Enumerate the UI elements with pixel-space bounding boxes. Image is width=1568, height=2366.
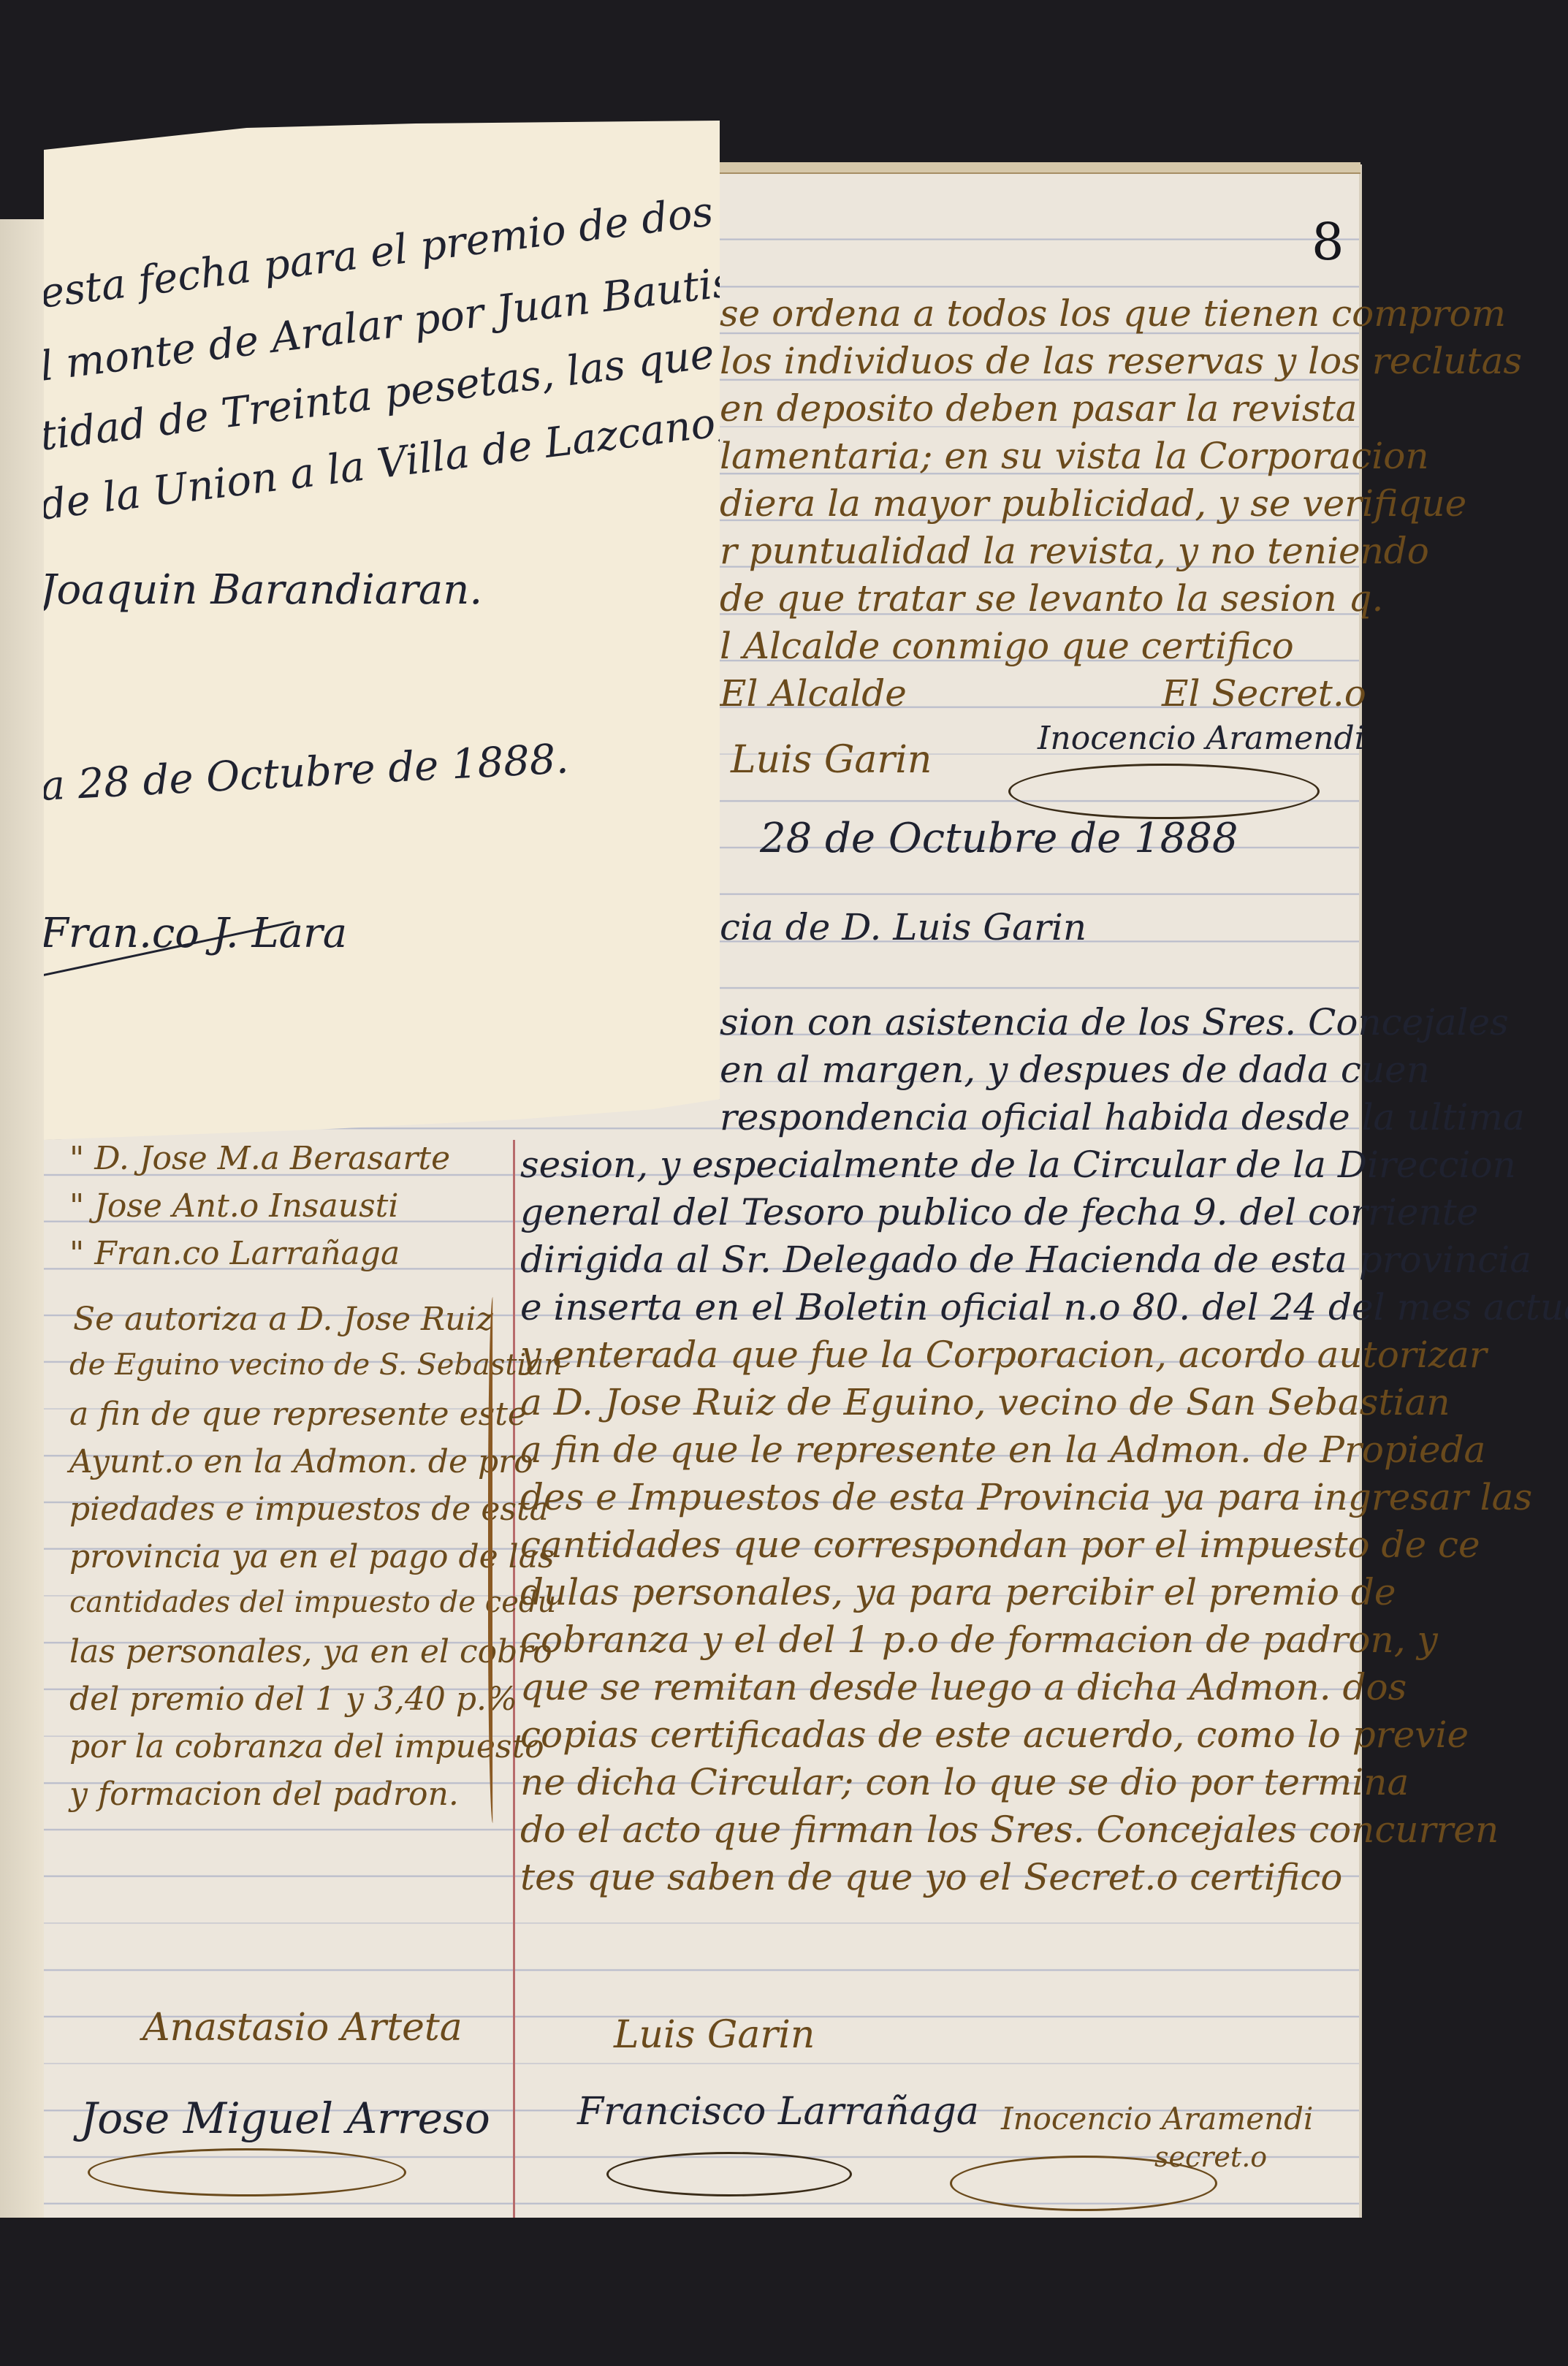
text-line: tes que saben de que yo el Secret.o cert… [520, 1856, 1342, 1898]
summary-line: Ayunt.o en la Admon. de pro [69, 1443, 533, 1480]
text-line: diera la mayor publicidad, y se verifiqu… [720, 482, 1466, 525]
summary-line: del premio del 1 y 3,40 p.% [69, 1681, 517, 1718]
text-line: que se remitan desde luego a dicha Admon… [520, 1666, 1407, 1708]
text-line: dulas personales, ya para percibir el pr… [520, 1571, 1396, 1613]
signature-secretario: Inocencio Aramendi [1038, 720, 1365, 757]
signature-luis: Luis Garin [614, 2013, 815, 2057]
text-line: respondencia oficial habida desde la ult… [720, 1096, 1525, 1138]
session-presidency: cia de D. Luis Garin [720, 906, 1086, 948]
summary-line: y formacion del padron. [69, 1776, 459, 1813]
text-line: des e Impuestos de esta Provincia ya par… [520, 1476, 1532, 1518]
summary-line: Se autoriza a D. Jose Ruiz [73, 1301, 493, 1338]
signature-flourish [88, 2148, 406, 2196]
signature-francisco: Francisco Larrañaga [577, 2090, 979, 2134]
signature-anastasio: Anastasio Arteta [142, 2006, 463, 2050]
note-line: Joaquin Barandiaran. [40, 566, 482, 614]
secretario-label: El Secret.o [1162, 672, 1366, 715]
session-date: 28 de Octubre de 1888 [760, 815, 1238, 862]
text-line: copias certificadas de este acuerdo, com… [520, 1713, 1469, 1756]
summary-line: provincia ya en el pago de las [69, 1538, 555, 1575]
signature-flourish [606, 2152, 852, 2196]
text-line: y enterada que fue la Corporacion, acord… [520, 1334, 1487, 1376]
note-signature: Fran.co J. Lara [40, 910, 347, 957]
text-line: a fin de que le represente en la Admon. … [520, 1429, 1485, 1471]
summary-line: las personales, ya en el cobro [69, 1633, 552, 1670]
left-page-edge [0, 219, 45, 2218]
pasted-note: esta fecha para el premio de dos lobos c… [44, 121, 720, 1140]
summary-line: cantidades del impuesto de cedu [69, 1586, 556, 1619]
summary-line: a fin de que represente este [69, 1396, 527, 1433]
text-line: l Alcalde conmigo que certifico [720, 625, 1294, 667]
margin-bracket [488, 1297, 500, 1823]
margin-rule [513, 1140, 515, 2218]
text-line: cobranza y el del 1 p.o de formacion de … [520, 1618, 1438, 1661]
text-line: lamentaria; en su vista la Corporacion [720, 435, 1429, 477]
text-line: do el acto que firman los Sres. Concejal… [520, 1808, 1499, 1851]
text-line: general del Tesoro publico de fecha 9. d… [520, 1191, 1478, 1233]
signature-flourish [950, 2156, 1217, 2211]
page-number: 8 [1312, 212, 1344, 272]
attendee: " Fran.co Larrañaga [69, 1235, 400, 1272]
text-line: en al margen, y despues de dada cuen [720, 1049, 1430, 1091]
alcalde-label: El Alcalde [720, 672, 907, 715]
text-line: los individuos de las reservas y los rec… [720, 340, 1522, 382]
summary-line: piedades e impuestos de esta [69, 1491, 549, 1528]
attendee: " D. Jose M.a Berasarte [69, 1140, 450, 1177]
signature-alcalde: Luis Garin [731, 738, 932, 782]
text-line: ne dicha Circular; con lo que se dio por… [520, 1761, 1409, 1803]
signature-flourish [1008, 764, 1320, 819]
text-line: en deposito deben pasar la revista [720, 387, 1358, 430]
ledger-page-top-edge [716, 162, 1360, 174]
text-line: se ordena a todos los que tienen comprom [720, 292, 1506, 335]
text-line: sesion, y especialmente de la Circular d… [520, 1144, 1516, 1186]
text-line: sion con asistencia de los Sres. Conceja… [720, 1001, 1509, 1043]
text-line: de que tratar se levanto la sesion q. [720, 577, 1383, 620]
note-date: a 28 de Octubre de 1888. [39, 735, 570, 810]
signature-jose-miguel: Jose Miguel Arreso [80, 2093, 490, 2143]
signature-inocencio: Inocencio Aramendi [1001, 2101, 1313, 2137]
text-line: dirigida al Sr. Delegado de Hacienda de … [520, 1239, 1531, 1281]
text-line: r puntualidad la revista, y no teniendo [720, 530, 1429, 572]
text-line: e inserta en el Boletin oficial n.o 80. … [520, 1286, 1568, 1328]
attendee: " Jose Ant.o Insausti [69, 1187, 398, 1225]
text-line: a D. Jose Ruiz de Eguino, vecino de San … [520, 1381, 1450, 1423]
summary-line: por la cobranza del impuesto [69, 1728, 544, 1765]
text-line: cantidades que correspondan por el impue… [520, 1524, 1480, 1566]
